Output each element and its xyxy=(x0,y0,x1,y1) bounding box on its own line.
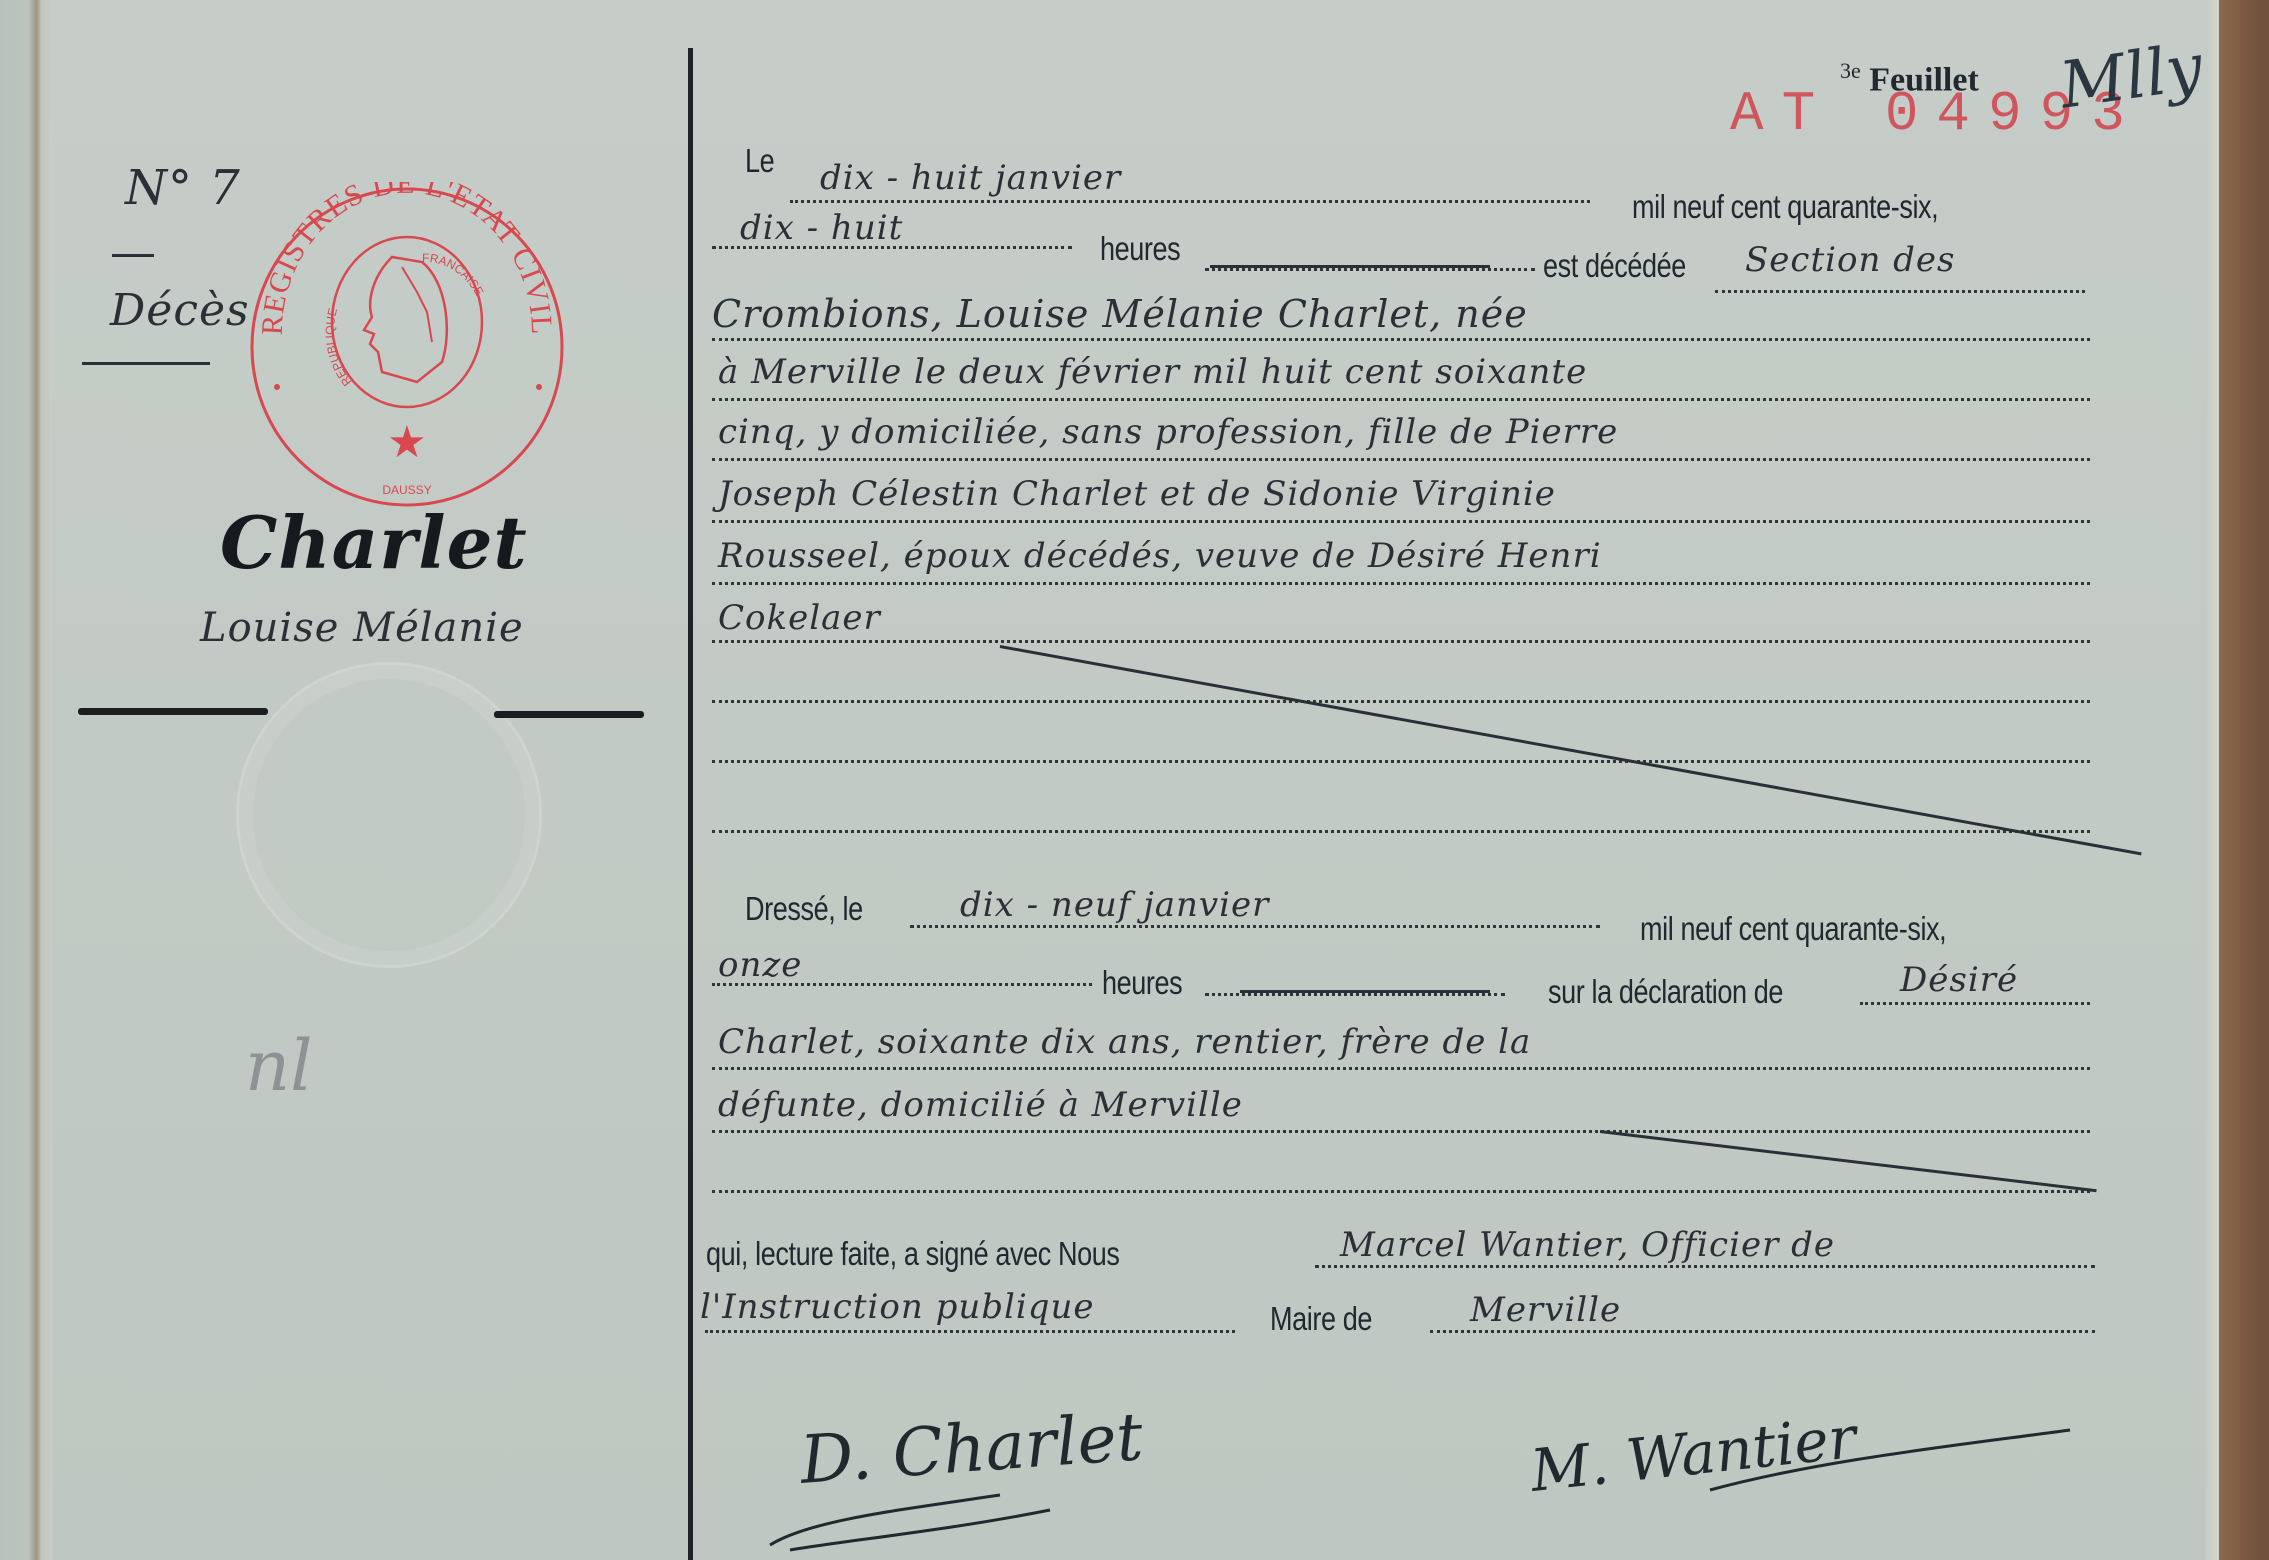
signature-flourish-icon xyxy=(750,1480,1070,1560)
margin-divider xyxy=(688,48,693,1560)
officer-name: Marcel Wantier, Officier de xyxy=(1340,1225,1835,1265)
clerk-initials: Mlly xyxy=(2056,30,2208,123)
death-line-0: Section des xyxy=(1745,240,1956,280)
dotted-line xyxy=(1205,268,1535,271)
death-line-6: Cokelaer xyxy=(718,598,881,638)
act-type: Décès xyxy=(110,285,250,336)
svg-text:★: ★ xyxy=(387,418,426,467)
drafting-line-1: Charlet, soixante dix ans, rentier, frèr… xyxy=(718,1022,1531,1062)
desk-surface xyxy=(2219,0,2269,1560)
death-line-3: cinq, y domiciliée, sans profession, fil… xyxy=(718,412,1618,452)
svg-text:DAUSSY: DAUSSY xyxy=(382,483,431,497)
dotted-line xyxy=(1205,993,1505,996)
binding-gutter xyxy=(0,0,52,1560)
declaration-label: sur la déclaration de xyxy=(1548,973,1783,1011)
dotted-line xyxy=(712,338,2090,341)
year-printed: mil neuf cent quarante-six, xyxy=(1632,188,1938,226)
death-hour: dix - huit xyxy=(740,208,903,248)
dotted-line xyxy=(712,1190,2090,1193)
dotted-line xyxy=(712,830,2090,833)
dotted-line xyxy=(790,200,1590,203)
margin-given-names: Louise Mélanie xyxy=(200,605,524,651)
minutes-strike xyxy=(1210,265,1490,268)
death-line-1: Crombions, Louise Mélanie Charlet, née xyxy=(712,292,1528,336)
dotted-line xyxy=(712,458,2090,461)
margin-rule-left xyxy=(78,708,268,715)
officer-line-2: l'Instruction publique xyxy=(700,1287,1095,1327)
svg-text:REPUBLIQUE: REPUBLIQUE xyxy=(323,306,354,388)
dotted-line xyxy=(712,1130,2090,1133)
drafting-line-2: défunte, domicilié à Merville xyxy=(718,1085,1243,1125)
margin-surname: Charlet xyxy=(220,500,528,585)
death-line-4: Joseph Célestin Charlet et de Sidonie Vi… xyxy=(718,474,1556,514)
dotted-line xyxy=(712,700,2090,703)
embossed-seal xyxy=(236,662,542,968)
dotted-line xyxy=(712,582,2090,585)
margin-rule-right xyxy=(494,711,644,718)
maire-label: Maire de xyxy=(1270,1300,1372,1338)
drafting-hour: onze xyxy=(718,945,802,985)
commune-name: Merville xyxy=(1470,1290,1621,1330)
drafting-line-0: Désiré xyxy=(1900,960,2018,1000)
dotted-line xyxy=(712,520,2090,523)
etat-civil-seal-icon: REGISTRES DE L'ETAT CIVIL REPUBLIQUE FRA… xyxy=(242,182,572,512)
death-date: dix - huit janvier xyxy=(820,158,1121,198)
dotted-line xyxy=(1315,1265,2095,1268)
le-label: Le xyxy=(745,142,774,180)
drafting-cancellation-stroke xyxy=(1600,1130,2097,1192)
dresse-label: Dressé, le xyxy=(745,890,863,928)
signed-label: qui, lecture faite, a signé avec Nous xyxy=(706,1235,1120,1273)
drafting-year: mil neuf cent quarante-six, xyxy=(1640,910,1946,948)
pencil-annotation: nl xyxy=(245,1025,312,1107)
margin-dash xyxy=(112,254,154,257)
mayor-signature-underline-icon xyxy=(1700,1420,2080,1500)
drafting-date: dix - neuf janvier xyxy=(960,885,1269,925)
dotted-line xyxy=(705,1330,1235,1333)
dotted-line xyxy=(712,640,2090,643)
svg-text:FRANCAISE: FRANCAISE xyxy=(422,251,487,298)
death-line-5: Rousseel, époux décédés, veuve de Désiré… xyxy=(718,536,1602,576)
sheet-number: 3e xyxy=(1840,58,1861,83)
dotted-line xyxy=(712,1067,2090,1070)
est-decedee-label: est décédée xyxy=(1543,247,1686,285)
dotted-line xyxy=(1860,1002,2090,1005)
dotted-line xyxy=(1715,290,2085,293)
dotted-line xyxy=(712,760,2090,763)
dotted-line xyxy=(1430,1330,2095,1333)
act-number: N° 7 xyxy=(125,160,241,216)
register-page: 3e Feuillet AT 04993 Mlly N° 7 Décès REG… xyxy=(0,0,2230,1560)
dotted-line xyxy=(910,925,1600,928)
dotted-line xyxy=(712,398,2090,401)
cancellation-stroke xyxy=(1000,645,2142,855)
heures-label: heures xyxy=(1100,230,1180,268)
death-line-2: à Merville le deux février mil huit cent… xyxy=(718,352,1587,392)
drafting-minutes-strike xyxy=(1240,990,1490,993)
drafting-heures-label: heures xyxy=(1102,964,1182,1002)
act-type-underline xyxy=(82,362,210,365)
